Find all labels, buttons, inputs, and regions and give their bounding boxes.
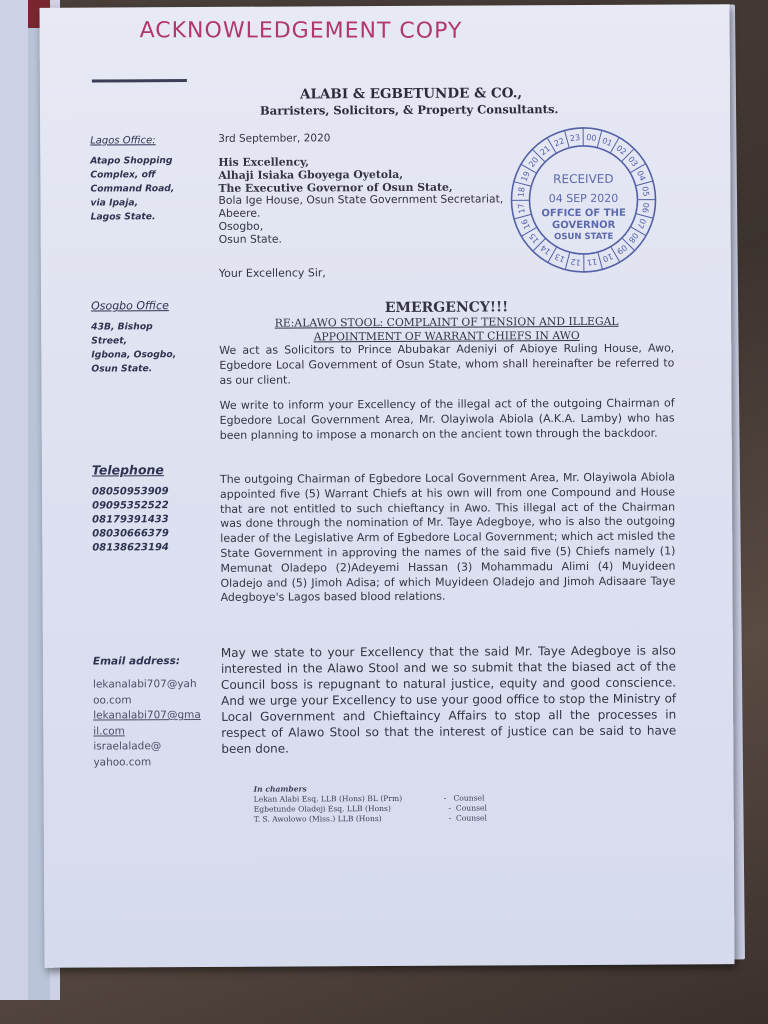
handwritten-annotation: ACKNOWLEDGEMENT COPY (140, 18, 463, 44)
address-line: Igbona, Osogbo, (91, 348, 176, 362)
paragraph-4: May we state to your Excellency that the… (221, 642, 677, 756)
svg-text:02: 02 (615, 144, 629, 157)
telephone-block: Telephone 08050953909 09095352522 081793… (92, 462, 169, 555)
received-stamp: 0001020304050607080910111213141516171819… (508, 125, 659, 276)
phone-number: 08030666379 (92, 527, 169, 541)
email-line[interactable]: israelalade@ (93, 739, 201, 755)
svg-text:08: 08 (627, 231, 640, 245)
svg-text:20: 20 (527, 155, 540, 169)
svg-text:00: 00 (586, 133, 597, 143)
svg-text:21: 21 (538, 144, 552, 157)
osogbo-office-heading: Osogbo Office (91, 299, 176, 312)
svg-text:17: 17 (516, 203, 526, 214)
stamp-state: OSUN STATE (554, 232, 613, 242)
svg-text:16: 16 (520, 218, 532, 231)
paragraph-3: The outgoing Chairman of Egbedore Local … (220, 470, 676, 606)
svg-text:22: 22 (553, 136, 566, 148)
subject-block: EMERGENCY!!! RE:ALAWO STOOL: COMPLAINT O… (219, 298, 674, 344)
svg-text:15: 15 (527, 231, 540, 245)
stamp-received: RECEIVED (553, 172, 614, 186)
email-line[interactable]: lekanalabi707@yah (93, 677, 201, 693)
svg-text:09: 09 (615, 243, 629, 256)
address-line: Atapo Shopping (90, 154, 174, 168)
paragraph-1: We act as Solicitors to Prince Abubakar … (219, 341, 674, 388)
email-block: Email address: lekanalabi707@yah oo.com … (93, 655, 201, 771)
firm-name: ALABI & EGBETUNDE & CO., (300, 85, 522, 102)
email-line[interactable]: yahoo.com (93, 754, 201, 770)
address-line: Lagos State. (91, 210, 175, 224)
address-line: Osun State. (91, 362, 176, 376)
phone-number: 08050953909 (92, 485, 169, 499)
email-line[interactable]: lekanalabi707@gma (93, 708, 201, 724)
lagos-office-heading: Lagos Office: (90, 135, 174, 146)
svg-text:07: 07 (635, 217, 647, 230)
svg-text:04: 04 (635, 169, 647, 182)
osogbo-office-block: Osogbo Office 43B, Bishop Street, Igbona… (91, 299, 176, 376)
address-line: Street, (91, 334, 176, 348)
svg-text:03: 03 (626, 155, 639, 169)
svg-text:11: 11 (586, 257, 597, 267)
svg-text:12: 12 (570, 257, 581, 267)
svg-text:10: 10 (601, 251, 614, 263)
address-line: via Ipaja, (90, 196, 174, 210)
stamp-office: OFFICE OF THE (541, 208, 626, 219)
svg-text:13: 13 (553, 252, 566, 264)
phone-number: 08138623194 (92, 541, 169, 555)
email-line[interactable]: oo.com (93, 692, 201, 708)
svg-text:06: 06 (640, 202, 650, 213)
svg-text:23: 23 (569, 133, 580, 143)
svg-text:01: 01 (601, 136, 614, 148)
counsel-role: - Counsel (444, 813, 487, 823)
stamp-governor: GOVERNOR (552, 220, 616, 231)
letter-page: ACKNOWLEDGEMENT COPY ALABI & EGBETUNDE &… (39, 4, 734, 968)
telephone-heading: Telephone (92, 462, 169, 477)
counsel-role: - Counsel (444, 803, 487, 813)
address-line: Command Road, (90, 182, 174, 196)
counsel-name: T. S. Awolowo (Miss.) LLB (Hons) (254, 814, 444, 825)
email-line[interactable]: il.com (93, 723, 201, 739)
address-line: Complex, off (90, 168, 174, 182)
chambers-block: In chambers Lekan Alabi Esq. LLB (Hons) … (254, 783, 487, 824)
lagos-office-block: Lagos Office: Atapo Shopping Complex, of… (90, 135, 174, 224)
address-line: 43B, Bishop (91, 320, 176, 334)
counsel-role: - Counsel (444, 793, 485, 803)
phone-number: 09095352522 (92, 499, 169, 513)
svg-text:14: 14 (539, 243, 553, 256)
phone-number: 08179391433 (92, 513, 169, 527)
email-heading: Email address: (93, 655, 201, 668)
firm-subtitle: Barristers, Solicitors, & Property Consu… (260, 102, 558, 118)
subject-line: RE:ALAWO STOOL: COMPLAINT OF TENSION AND… (219, 314, 674, 330)
svg-text:05: 05 (640, 186, 650, 197)
svg-text:19: 19 (520, 170, 532, 183)
svg-text:18: 18 (516, 187, 526, 198)
stamp-date: 04 SEP 2020 (549, 192, 619, 205)
letterhead-rule (92, 79, 187, 82)
paragraph-2: We write to inform your Excellency of th… (220, 396, 675, 443)
counsel-row: T. S. Awolowo (Miss.) LLB (Hons) - Couns… (254, 813, 487, 824)
